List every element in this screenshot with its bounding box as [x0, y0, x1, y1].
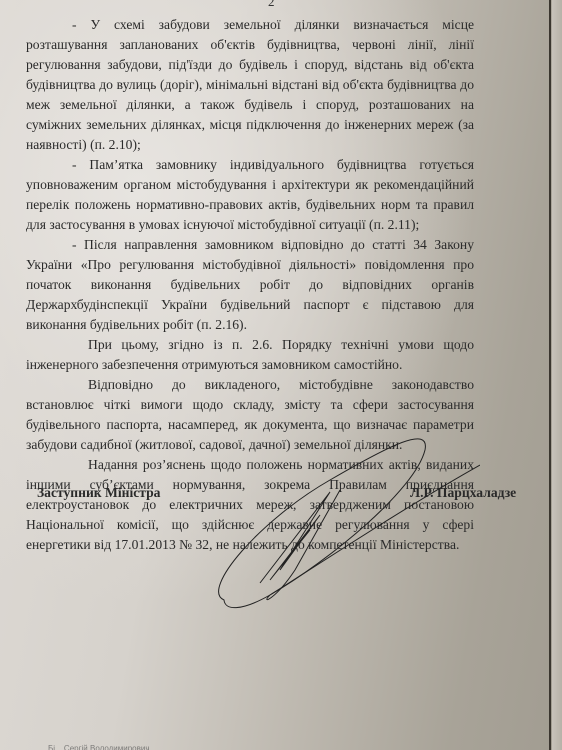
paragraph-site-plan: - У схемі забудови земельної ділянки виз…	[26, 15, 474, 155]
handwritten-signature-icon	[200, 420, 480, 640]
signatory-position: Заступник Міністра	[37, 485, 160, 501]
page-number: 2	[268, 0, 275, 10]
executor-note: Бі... Сергій Володимирович	[48, 744, 150, 750]
page-edge-divider	[549, 0, 551, 750]
paragraph-notification: - Після направлення замовником відповідн…	[26, 235, 474, 335]
document-page: 2 - У схемі забудови земельної ділянки в…	[0, 0, 552, 750]
paragraph-technical-conditions: При цьому, згідно із п. 2.6. Порядку тех…	[26, 335, 474, 375]
paragraph-memo: - Пам’ятка замовнику індивідуального буд…	[26, 155, 474, 235]
underlying-surface	[551, 0, 562, 750]
